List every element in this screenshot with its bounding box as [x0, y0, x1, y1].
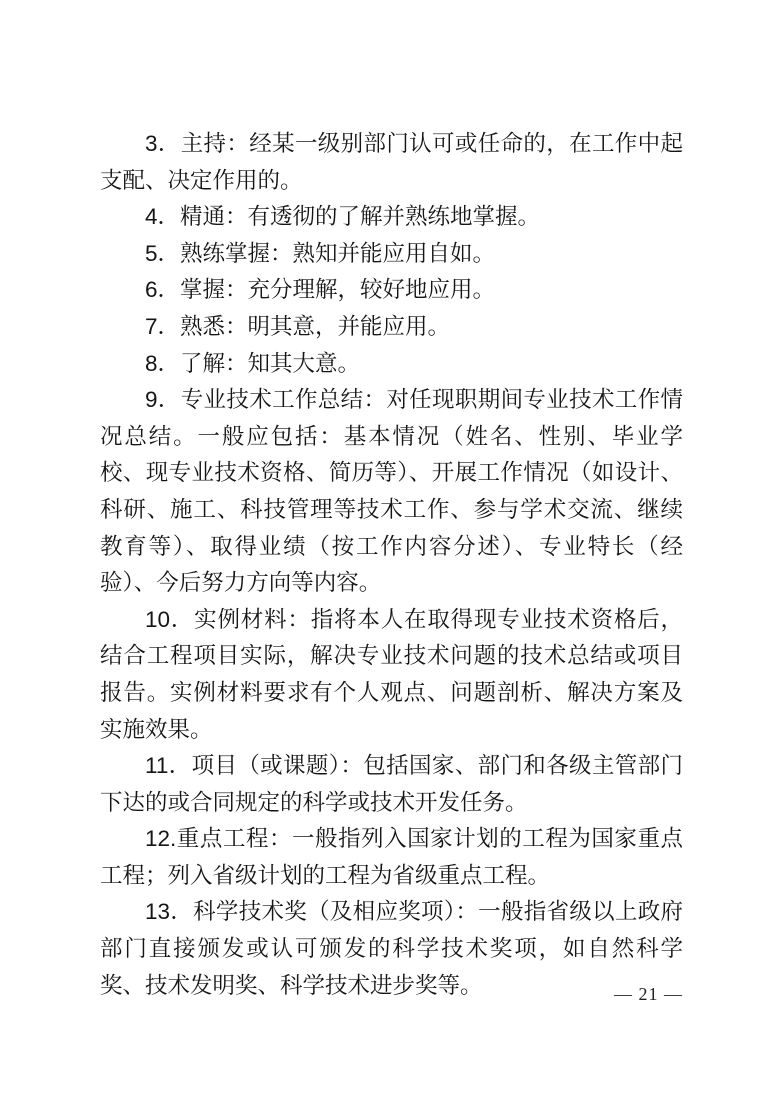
page-number: — 21 —: [100, 984, 683, 1005]
paragraph-definition-11: 11．项目（或课题）：包括国家、部门和各级主管部门下达的或合同规定的科学或技术开…: [100, 748, 683, 821]
paragraph-definition-3: 3．主持：经某一级别部门认可或任命的，在工作中起支配、决定作用的。: [100, 126, 683, 199]
document-page: 3．主持：经某一级别部门认可或任命的，在工作中起支配、决定作用的。 4．精通：有…: [0, 0, 777, 1099]
paragraph-definition-7: 7．熟悉：明其意，并能应用。: [100, 309, 683, 346]
paragraph-definition-10: 10．实例材料：指将本人在取得现专业技术资格后，结合工程项目实际，解决专业技术问…: [100, 602, 683, 748]
paragraph-definition-9: 9．专业技术工作总结：对任现职期间专业技术工作情况总结。一般应包括：基本情况（姓…: [100, 382, 683, 602]
paragraph-definition-8: 8．了解：知其大意。: [100, 346, 683, 383]
paragraph-definition-4: 4．精通：有透彻的了解并熟练地掌握。: [100, 199, 683, 236]
paragraph-definition-12: 12.重点工程：一般指列入国家计划的工程为国家重点工程；列入省级计划的工程为省级…: [100, 821, 683, 894]
paragraph-definition-6: 6．掌握：充分理解，较好地应用。: [100, 272, 683, 309]
paragraph-definition-5: 5．熟练掌握：熟知并能应用自如。: [100, 236, 683, 273]
text-block: 3．主持：经某一级别部门认可或任命的，在工作中起支配、决定作用的。 4．精通：有…: [100, 126, 683, 1004]
